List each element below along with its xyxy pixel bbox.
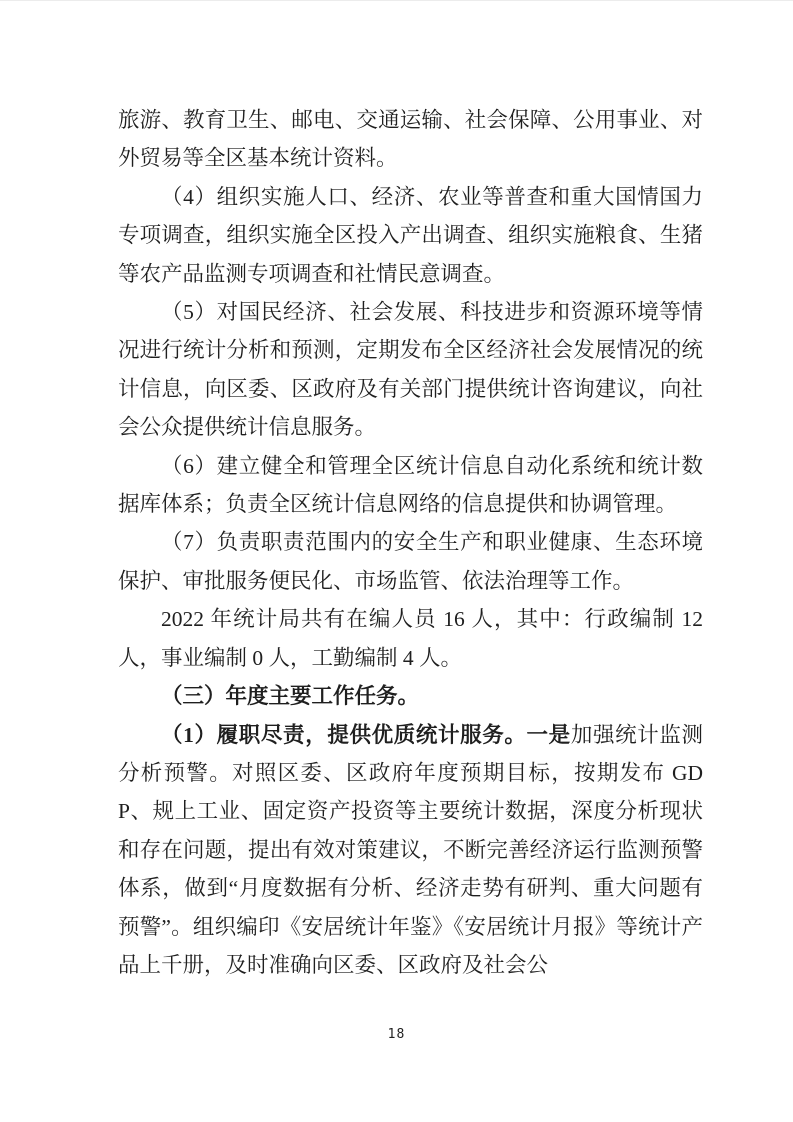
paragraph-staffing: 2022 年统计局共有在编人员 16 人，其中：行政编制 12 人，事业编制 0… [118, 600, 703, 677]
paragraph-item-6: （6）建立健全和管理全区统计信息自动化系统和统计数据库体系；负责全区统计信息网络… [118, 447, 703, 524]
document-page: { "document": { "page_number": "18", "pa… [0, 0, 793, 1122]
paragraph-item-5: （5）对国民经济、社会发展、科技进步和资源环境等情况进行统计分析和预测，定期发布… [118, 293, 703, 447]
page-number: 18 [0, 1027, 793, 1042]
document-body: 旅游、教育卫生、邮电、交通运输、社会保障、公用事业、对外贸易等全区基本统计资料。… [118, 101, 703, 984]
paragraph-item-7: （7）负责职责范围内的安全生产和职业健康、生态环境保护、审批服务便民化、市场监管… [118, 523, 703, 600]
paragraph-item-4: （4）组织实施人口、经济、农业等普查和重大国情国力专项调查，组织实施全区投入产出… [118, 178, 703, 293]
paragraph-bold-lead: （1）履职尽责，提供优质统计服务。一是 [161, 723, 571, 747]
paragraph-task-1: （1）履职尽责，提供优质统计服务。一是加强统计监测分析预警。对照区委、区政府年度… [118, 716, 703, 985]
paragraph-body-text: 加强统计监测分析预警。对照区委、区政府年度预期目标，按期发布 GDP、规上工业、… [118, 723, 703, 977]
paragraph-continuation: 旅游、教育卫生、邮电、交通运输、社会保障、公用事业、对外贸易等全区基本统计资料。 [118, 101, 703, 178]
section-heading: （三）年度主要工作任务。 [118, 677, 703, 715]
